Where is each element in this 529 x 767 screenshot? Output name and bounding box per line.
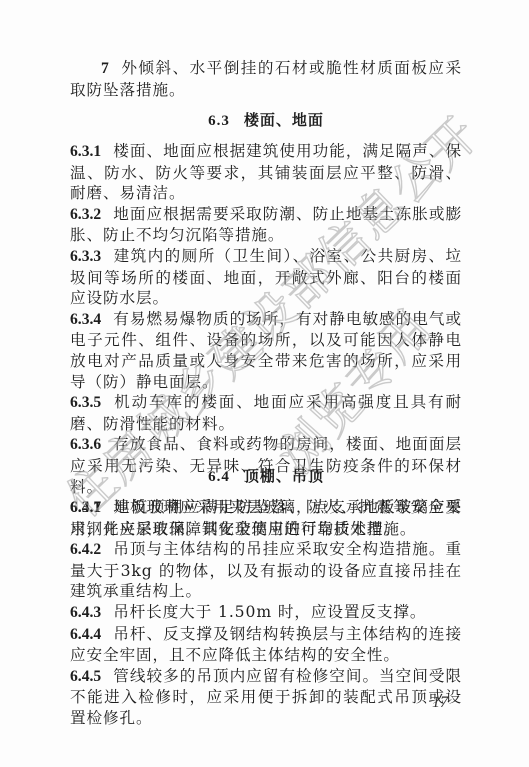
- section-number: 6.4: [208, 469, 230, 485]
- clause-number: 6.4.3: [70, 604, 101, 621]
- clause-6-4-1: 6.4.1建筑顶棚应满足防坠落、防火、抗震等安全要求，并应采取保障其安全使用的可…: [70, 497, 462, 539]
- clause-6-3-5: 6.3.5机动车库的楼面、地面应采用高强度且具有耐磨、防滑性能的材料。: [70, 392, 462, 434]
- clause-number: 6.3.3: [70, 248, 101, 265]
- clause-number: 6.3.6: [70, 436, 101, 453]
- clause-6-4-2: 6.4.2吊顶与主体结构的吊挂应采取安全构造措施。重量大于3kg 的物体，以及有…: [70, 539, 462, 602]
- clause-text: 吊顶与主体结构的吊挂应采取安全构造措施。重量大于3kg 的物体，以及有振动的设备…: [70, 540, 462, 600]
- clause-text: 吊杆长度大于 1.50m 时，应设置反支撑。: [113, 603, 426, 621]
- clause-number: 6.4.1: [70, 499, 101, 516]
- clause-number: 6.3.4: [70, 311, 101, 328]
- clause-6-4-4: 6.4.4吊杆、反支撑及钢结构转换层与主体结构的连接应安全牢固，且不应降低主体结…: [70, 624, 462, 666]
- clause-6-4-5: 6.4.5管线较多的吊顶内应留有检修空间。当空间受限不能进入检修时，应采用便于拆…: [70, 666, 462, 729]
- clause-6-3-1: 6.3.1楼面、地面应根据建筑使用功能，满足隔声、保温、防水、防火等要求，其铺装…: [70, 141, 462, 204]
- section-number: 6.3: [208, 113, 230, 129]
- clause-number: 6.4.2: [70, 541, 101, 558]
- intro-item-block: 7外倾斜、水平倒挂的石材或脆性材质面板应采取防坠落措施。: [70, 58, 462, 100]
- clause-text: 吊杆、反支撑及钢结构转换层与主体结构的连接应安全牢固，且不应降低主体结构的安全性…: [70, 625, 462, 665]
- list-item-7: 7外倾斜、水平倒挂的石材或脆性材质面板应采取防坠落措施。: [70, 58, 462, 100]
- clause-text: 建筑内的厕所（卫生间）、浴室、公共厨房、垃圾间等场所的楼面、地面，开敞式外廊、阳…: [70, 247, 462, 307]
- document-page: 7外倾斜、水平倒挂的石材或脆性材质面板应采取防坠落措施。 6.3楼面、地面 6.…: [0, 0, 529, 767]
- clause-text: 建筑顶棚应满足防坠落、防火、抗震等安全要求，并应采取保障其安全使用的可靠技术措施…: [70, 498, 462, 538]
- clause-6-3-4: 6.3.4有易燃易爆物质的场所，有对静电敏感的电气或电子元件、组件、设备的场所，…: [70, 309, 462, 392]
- clause-text: 有易燃易爆物质的场所，有对静电敏感的电气或电子元件、组件、设备的场所，以及可能因…: [70, 310, 462, 391]
- clause-number: 6.3.1: [70, 143, 101, 160]
- page-number: 17: [432, 694, 448, 712]
- item-number: 7: [101, 60, 109, 77]
- section-6-4-body: 6.4.1建筑顶棚应满足防坠落、防火、抗震等安全要求，并应采取保障其安全使用的可…: [70, 497, 462, 729]
- section-title: 顶棚、吊顶: [244, 467, 324, 485]
- clause-6-3-3: 6.3.3建筑内的厕所（卫生间）、浴室、公共厨房、垃圾间等场所的楼面、地面，开敞…: [70, 246, 462, 309]
- section-title: 楼面、地面: [244, 111, 324, 129]
- clause-6-4-3: 6.4.3吊杆长度大于 1.50m 时，应设置反支撑。: [70, 602, 462, 624]
- clause-text: 楼面、地面应根据建筑使用功能，满足隔声、保温、防水、防火等要求，其铺装面层应平整…: [70, 142, 462, 202]
- clause-number: 6.4.5: [70, 668, 101, 685]
- clause-text: 管线较多的吊顶内应留有检修空间。当空间受限不能进入检修时，应采用便于拆卸的装配式…: [70, 667, 462, 727]
- item-text: 外倾斜、水平倒挂的石材或脆性材质面板应采取防坠落措施。: [70, 59, 462, 99]
- clause-number: 6.3.5: [70, 394, 101, 411]
- clause-text: 地面应根据需要采取防潮、防止地基土冻胀或膨胀、防止不均匀沉陷等措施。: [70, 205, 462, 245]
- section-heading-6-3: 6.3楼面、地面: [70, 110, 462, 131]
- clause-number: 6.3.2: [70, 206, 101, 223]
- section-heading-6-4: 6.4顶棚、吊顶: [70, 466, 462, 487]
- clause-6-3-2: 6.3.2地面应根据需要采取防潮、防止地基土冻胀或膨胀、防止不均匀沉陷等措施。: [70, 204, 462, 246]
- clause-number: 6.4.4: [70, 626, 101, 643]
- clause-text: 机动车库的楼面、地面应采用高强度且具有耐磨、防滑性能的材料。: [70, 393, 462, 433]
